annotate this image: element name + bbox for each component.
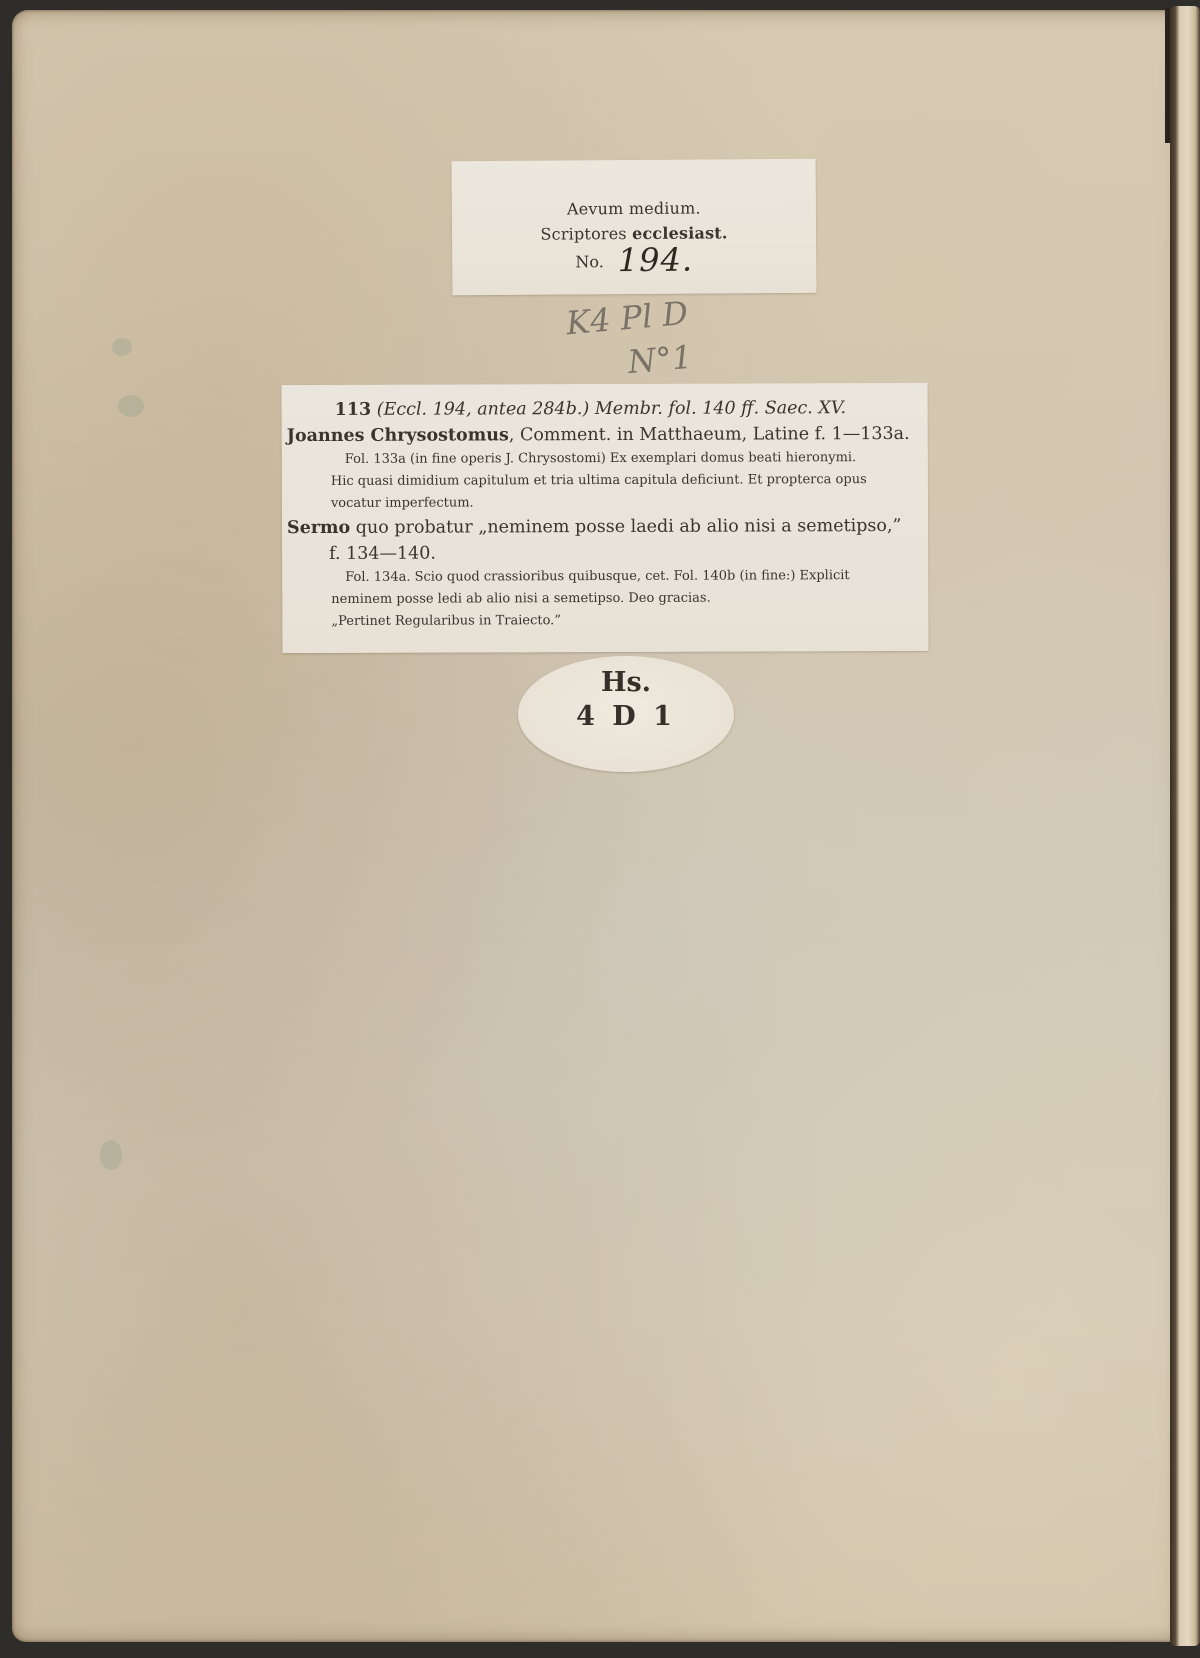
binding-spine-edge <box>1170 6 1200 1646</box>
number-prefix: No. <box>575 252 604 271</box>
work2-folios: f. 134—140. <box>287 539 918 567</box>
pencil-line-1: K4 Pl D <box>565 294 690 342</box>
work1-title: , Comment. in Matthaeum, Latine f. 1—133… <box>509 424 910 445</box>
entry-number: 113 <box>335 400 372 420</box>
pencil-line-2: N°1 <box>626 335 694 384</box>
work2-title-bold: Sermo <box>287 518 350 538</box>
stain-mark <box>112 338 132 356</box>
work2-heading: Sermo quo probatur „neminem posse laedi … <box>287 513 918 541</box>
stain-mark <box>100 1140 122 1170</box>
shelf-label: Aevum medium. Scriptores ecclesiast. No.… <box>452 159 817 296</box>
scanned-page: Aevum medium. Scriptores ecclesiast. No.… <box>0 0 1200 1658</box>
work1-note-line: Fol. 133a (in fine operis J. Chrysostomi… <box>287 447 918 471</box>
binding-gap <box>1165 8 1170 143</box>
entry-heading: 113 (Eccl. 194, antea 284b.) Membr. fol.… <box>287 395 918 423</box>
catalogue-description-label: 113 (Eccl. 194, antea 284b.) Membr. fol.… <box>282 383 929 653</box>
work2-title: quo probatur „neminem posse laedi ab ali… <box>350 516 901 538</box>
work1-note-line: Hic quasi dimidium capitulum et tria ult… <box>287 469 918 493</box>
stain-mark <box>118 395 144 417</box>
work2-provenance: „Pertinet Regularibus in Traiecto.” <box>287 609 918 633</box>
call-number-oval-label: Hs. 4 D 1 <box>518 656 734 772</box>
label-line-aevum: Aevum medium. <box>452 195 816 223</box>
work1-author: Joannes Chrysostomus <box>287 425 509 446</box>
work1-note-line: vocatur imperfectum. <box>287 491 918 515</box>
label-line-number: No.194. <box>452 245 816 278</box>
call-number-prefix: Hs. <box>518 666 734 700</box>
handwritten-number: 194. <box>618 241 694 280</box>
work1-heading: Joannes Chrysostomus, Comment. in Mattha… <box>287 421 918 449</box>
work2-note-line: neminem posse ledi ab alio nisi a semeti… <box>287 587 918 611</box>
entry-details: (Eccl. 194, antea 284b.) Membr. fol. 140… <box>377 398 846 420</box>
work2-note-line: Fol. 134a. Scio quod crassioribus quibus… <box>287 565 918 589</box>
pencil-shelfmark: K4 Pl D N°1 <box>564 291 694 389</box>
call-number: 4 D 1 <box>518 700 734 734</box>
